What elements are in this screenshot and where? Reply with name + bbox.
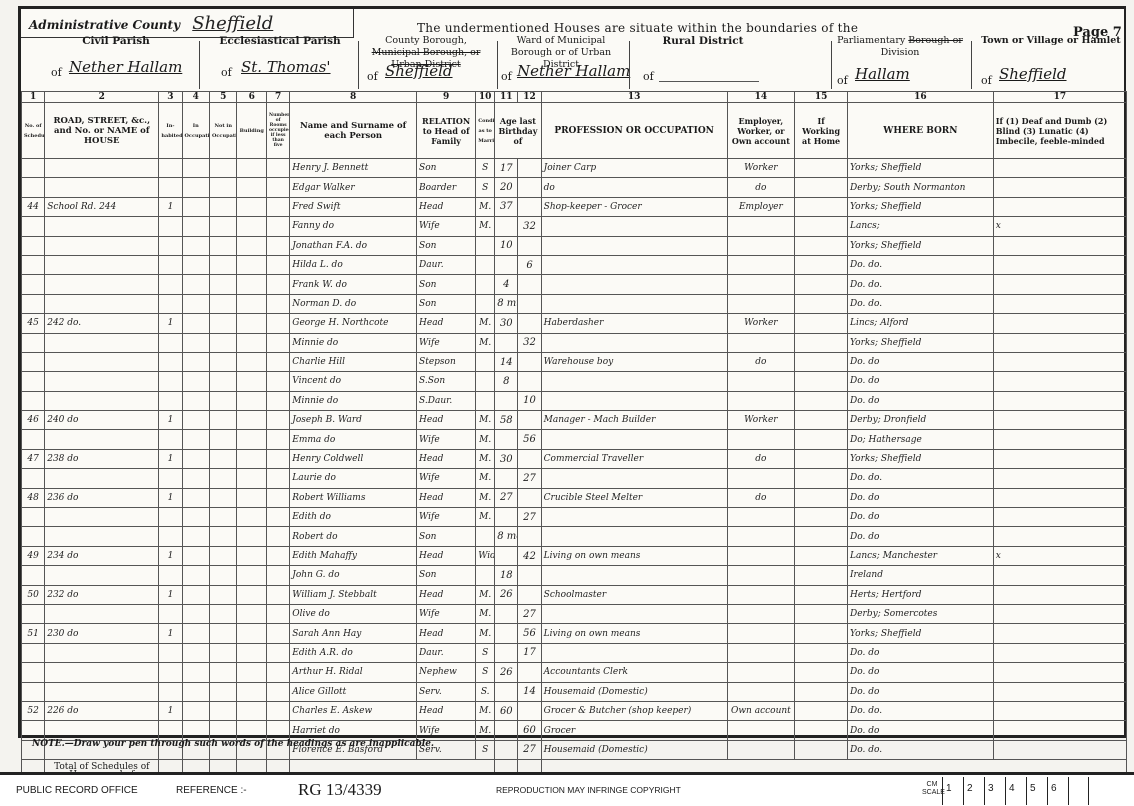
working-home-cell xyxy=(795,663,848,682)
ward-value: Nether Hallam xyxy=(517,65,630,77)
rooms-cell xyxy=(267,217,290,236)
employer-cell xyxy=(727,604,795,623)
male-age-cell: 27 xyxy=(495,488,518,507)
table-row: Emma doWifeM.56Do; Hathersage xyxy=(22,430,1127,449)
male-age-cell: 37 xyxy=(495,197,518,216)
inhabited-cell xyxy=(159,294,182,313)
male-age-cell xyxy=(495,740,518,759)
name-cell: John G. do xyxy=(290,566,417,585)
ecclesiastical-parish-value: St. Thomas' xyxy=(241,61,331,73)
infirmity-cell xyxy=(993,624,1126,643)
in-occupation-cell xyxy=(182,294,209,313)
civil-parish-value: Nether Hallam xyxy=(69,61,182,73)
column-number: 14 xyxy=(727,92,795,103)
working-home-cell xyxy=(795,488,848,507)
condition-cell xyxy=(476,294,495,313)
table-row: Robert doSon8 moDo. do xyxy=(22,527,1127,546)
table-row: 49234 do1Edith MahaffyHeadWid.42Living o… xyxy=(22,546,1127,565)
female-age-cell: 27 xyxy=(518,508,541,527)
employer-cell: Own account xyxy=(727,701,795,720)
name-cell: Laurie do xyxy=(290,469,417,488)
infirmity-cell xyxy=(993,449,1126,468)
rooms-cell xyxy=(267,236,290,255)
infirmity-cell xyxy=(993,682,1126,701)
town-label: Town or Village or Hamlet xyxy=(977,35,1125,47)
male-age-cell: 8 mths xyxy=(495,294,518,313)
employer-cell xyxy=(727,527,795,546)
header-age: Age last Birthday of xyxy=(495,103,541,159)
condition-cell xyxy=(476,391,495,410)
occupation-cell: Crucible Steel Melter xyxy=(541,488,727,507)
female-age-cell xyxy=(518,663,541,682)
infirmity-cell xyxy=(993,275,1126,294)
inhabited-cell: 1 xyxy=(159,449,182,468)
condition-cell: S xyxy=(476,159,495,178)
footer-copyright: REPRODUCTION MAY INFRINGE COPYRIGHT xyxy=(496,785,681,795)
name-cell: Sarah Ann Hay xyxy=(290,624,417,643)
infirmity-cell xyxy=(993,294,1126,313)
male-age-cell xyxy=(495,682,518,701)
schedule-cell: 46 xyxy=(22,411,45,430)
employer-cell xyxy=(727,624,795,643)
employer-cell xyxy=(727,508,795,527)
road-cell: 234 do xyxy=(45,546,159,565)
header-building: Building xyxy=(237,103,267,159)
road-cell: 238 do xyxy=(45,449,159,468)
relation-cell: Son xyxy=(417,527,476,546)
born-cell: Yorks; Sheffield xyxy=(848,624,994,643)
relation-cell: Wife xyxy=(417,604,476,623)
building-cell xyxy=(237,546,267,565)
born-cell: Do. do. xyxy=(848,469,994,488)
male-age-cell xyxy=(495,469,518,488)
scale-tick: 5 xyxy=(1026,777,1047,805)
occupation-cell xyxy=(541,527,727,546)
road-cell xyxy=(45,255,159,274)
in-occupation-cell xyxy=(182,236,209,255)
not-in-occupation-cell xyxy=(210,411,237,430)
divider xyxy=(971,41,972,89)
condition-cell: M. xyxy=(476,721,495,740)
rooms-cell xyxy=(267,314,290,333)
column-number: 16 xyxy=(848,92,994,103)
condition-cell: M. xyxy=(476,585,495,604)
name-cell: Arthur H. Ridal xyxy=(290,663,417,682)
female-age-cell: 32 xyxy=(518,333,541,352)
table-row: Norman D. doSon8 mthsDo. do. xyxy=(22,294,1127,313)
female-age-cell: 17 xyxy=(518,643,541,662)
building-cell xyxy=(237,449,267,468)
not-in-occupation-cell xyxy=(210,701,237,720)
building-cell xyxy=(237,721,267,740)
schedule-cell xyxy=(22,352,45,371)
name-cell: Vincent do xyxy=(290,372,417,391)
rooms-cell xyxy=(267,604,290,623)
building-cell xyxy=(237,624,267,643)
male-age-cell: 60 xyxy=(495,701,518,720)
table-row: Edgar WalkerBoarderS20dodoDerby; South N… xyxy=(22,178,1127,197)
header-name: Name and Surname of each Person xyxy=(290,103,417,159)
inhabited-cell xyxy=(159,643,182,662)
rooms-cell xyxy=(267,546,290,565)
in-occupation-cell xyxy=(182,604,209,623)
rooms-cell xyxy=(267,566,290,585)
parliamentary-label: Parliamentary xyxy=(837,35,905,46)
condition-cell: M. xyxy=(476,469,495,488)
born-cell: Lincs; Alford xyxy=(848,314,994,333)
scale-tick: 2 xyxy=(963,777,984,805)
rooms-cell xyxy=(267,469,290,488)
column-number: 4 xyxy=(182,92,209,103)
not-in-occupation-cell xyxy=(210,197,237,216)
born-cell: Do. do xyxy=(848,643,994,662)
table-row: 45242 do.1George H. NorthcoteHeadM.30Hab… xyxy=(22,314,1127,333)
table-row: Frank W. doSon4Do. do. xyxy=(22,275,1127,294)
male-age-cell: 20 xyxy=(495,178,518,197)
female-age-cell: 56 xyxy=(518,624,541,643)
not-in-occupation-cell xyxy=(210,663,237,682)
table-row: Charlie HillStepson14Warehouse boydoDo. … xyxy=(22,352,1127,371)
building-cell xyxy=(237,585,267,604)
in-occupation-cell xyxy=(182,197,209,216)
table-row: Harriet doWifeM.60GrocerDo. do xyxy=(22,721,1127,740)
not-in-occupation-cell xyxy=(210,566,237,585)
working-home-cell xyxy=(795,236,848,255)
infirmity-cell xyxy=(993,333,1126,352)
road-cell xyxy=(45,217,159,236)
occupation-cell xyxy=(541,294,727,313)
born-cell: Do. do xyxy=(848,372,994,391)
table-row: 48236 do1Robert WilliamsHeadM.27Crucible… xyxy=(22,488,1127,507)
occupation-cell xyxy=(541,508,727,527)
occupation-cell: Haberdasher xyxy=(541,314,727,333)
male-age-cell xyxy=(495,430,518,449)
employer-cell xyxy=(727,663,795,682)
not-in-occupation-cell xyxy=(210,585,237,604)
table-row: Edith A.R. doDaur.S17Do. do xyxy=(22,643,1127,662)
female-age-cell xyxy=(518,178,541,197)
working-home-cell xyxy=(795,275,848,294)
infirmity-cell xyxy=(993,585,1126,604)
of-label: of xyxy=(367,71,378,83)
road-cell: 230 do xyxy=(45,624,159,643)
not-in-occupation-cell xyxy=(210,604,237,623)
occupation-cell xyxy=(541,372,727,391)
name-cell: George H. Northcote xyxy=(290,314,417,333)
in-occupation-cell xyxy=(182,469,209,488)
occupation-cell: Grocer & Butcher (shop keeper) xyxy=(541,701,727,720)
building-cell xyxy=(237,604,267,623)
occupation-cell: Manager - Mach Builder xyxy=(541,411,727,430)
relation-cell: Head xyxy=(417,197,476,216)
female-age-cell xyxy=(518,585,541,604)
rooms-cell xyxy=(267,663,290,682)
employer-cell: do xyxy=(727,178,795,197)
infirmity-cell: x xyxy=(993,217,1126,236)
employer-cell: Worker xyxy=(727,411,795,430)
name-cell: Edith Mahaffy xyxy=(290,546,417,565)
working-home-cell xyxy=(795,178,848,197)
in-occupation-cell xyxy=(182,508,209,527)
occupation-cell xyxy=(541,391,727,410)
condition-cell: M. xyxy=(476,197,495,216)
infirmity-cell xyxy=(993,314,1126,333)
condition-cell: M. xyxy=(476,314,495,333)
building-cell xyxy=(237,197,267,216)
relation-cell: Head xyxy=(417,585,476,604)
infirmity-cell xyxy=(993,740,1126,759)
name-cell: Joseph B. Ward xyxy=(290,411,417,430)
born-cell: Yorks; Sheffield xyxy=(848,236,994,255)
inhabited-cell xyxy=(159,663,182,682)
rooms-cell xyxy=(267,701,290,720)
building-cell xyxy=(237,488,267,507)
in-occupation-cell xyxy=(182,701,209,720)
inhabited-cell: 1 xyxy=(159,546,182,565)
ward: Ward of Municipal Borough or of Urban Di… xyxy=(501,35,621,71)
occupation-cell: Shop-keeper - Grocer xyxy=(541,197,727,216)
condition-cell: S. xyxy=(476,682,495,701)
condition-cell: S xyxy=(476,643,495,662)
schedule-cell xyxy=(22,391,45,410)
schedule-cell xyxy=(22,604,45,623)
road-cell: 236 do xyxy=(45,488,159,507)
road-cell xyxy=(45,682,159,701)
relation-cell: S.Son xyxy=(417,372,476,391)
infirmity-cell xyxy=(993,255,1126,274)
employer-cell xyxy=(727,430,795,449)
column-number: 3 xyxy=(159,92,182,103)
rooms-cell xyxy=(267,372,290,391)
condition-cell: Wid. xyxy=(476,546,495,565)
born-cell: Do. do xyxy=(848,488,994,507)
working-home-cell xyxy=(795,624,848,643)
working-home-cell xyxy=(795,372,848,391)
divider xyxy=(497,41,498,89)
header-road: ROAD, STREET, &c., and No. or NAME of HO… xyxy=(45,103,159,159)
infirmity-cell: x xyxy=(993,546,1126,565)
header-where-born: WHERE BORN xyxy=(848,103,994,159)
infirmity-cell xyxy=(993,508,1126,527)
rooms-cell xyxy=(267,255,290,274)
ecclesiastical-parish: Ecclesiastical Parish of St. Thomas' xyxy=(207,35,353,47)
table-row: Jonathan F.A. doSon10Yorks; Sheffield xyxy=(22,236,1127,255)
building-cell xyxy=(237,255,267,274)
schedule-cell xyxy=(22,159,45,178)
occupation-cell: Housemaid (Domestic) xyxy=(541,682,727,701)
table-row: Henry J. BennettSonS17Joiner CarpWorkerY… xyxy=(22,159,1127,178)
condition-cell: M. xyxy=(476,430,495,449)
divider xyxy=(358,41,359,89)
table-row: 50232 do1William J. StebbaltHeadM.26Scho… xyxy=(22,585,1127,604)
not-in-occupation-cell xyxy=(210,217,237,236)
occupation-cell xyxy=(541,236,727,255)
rooms-cell xyxy=(267,449,290,468)
scale-tick: 1 xyxy=(942,777,963,805)
female-age-cell: 56 xyxy=(518,430,541,449)
born-cell: Yorks; Sheffield xyxy=(848,159,994,178)
inhabited-cell: 1 xyxy=(159,411,182,430)
table-row: Minnie doWifeM.32Yorks; Sheffield xyxy=(22,333,1127,352)
infirmity-cell xyxy=(993,197,1126,216)
male-age-cell xyxy=(495,255,518,274)
working-home-cell xyxy=(795,255,848,274)
female-age-cell: 27 xyxy=(518,469,541,488)
of-label: of xyxy=(837,75,848,87)
female-age-cell: 14 xyxy=(518,682,541,701)
male-age-cell: 4 xyxy=(495,275,518,294)
condition-cell xyxy=(476,372,495,391)
male-age-cell: 18 xyxy=(495,566,518,585)
schedule-cell xyxy=(22,275,45,294)
building-cell xyxy=(237,178,267,197)
working-home-cell xyxy=(795,566,848,585)
column-number: 13 xyxy=(541,92,727,103)
not-in-occupation-cell xyxy=(210,624,237,643)
note: NOTE.—Draw your pen through such words o… xyxy=(32,739,434,749)
rooms-cell xyxy=(267,430,290,449)
of-label: of xyxy=(501,71,512,83)
employer-cell xyxy=(727,721,795,740)
not-in-occupation-cell xyxy=(210,721,237,740)
inhabited-cell xyxy=(159,275,182,294)
male-age-cell: 14 xyxy=(495,352,518,371)
not-in-occupation-cell xyxy=(210,178,237,197)
in-occupation-cell xyxy=(182,527,209,546)
inhabited-cell: 1 xyxy=(159,624,182,643)
building-cell xyxy=(237,701,267,720)
condition-cell: S xyxy=(476,663,495,682)
road-cell xyxy=(45,294,159,313)
road-cell xyxy=(45,159,159,178)
inhabited-cell xyxy=(159,721,182,740)
parliamentary-division-value: Hallam xyxy=(855,68,910,80)
table-row: Hilda L. doDaur.6Do. do. xyxy=(22,255,1127,274)
female-age-cell xyxy=(518,159,541,178)
employer-cell xyxy=(727,255,795,274)
divider xyxy=(831,41,832,89)
not-in-occupation-cell xyxy=(210,508,237,527)
in-occupation-cell xyxy=(182,721,209,740)
name-cell: Hilda L. do xyxy=(290,255,417,274)
infirmity-cell xyxy=(993,488,1126,507)
road-cell: 232 do xyxy=(45,585,159,604)
male-age-cell xyxy=(495,643,518,662)
header-schedule: No. of Schedule xyxy=(22,103,45,159)
name-cell: Fanny do xyxy=(290,217,417,236)
female-age-cell xyxy=(518,197,541,216)
working-home-cell xyxy=(795,314,848,333)
born-cell: Derby; Dronfield xyxy=(848,411,994,430)
relation-cell: Son xyxy=(417,159,476,178)
female-age-cell xyxy=(518,275,541,294)
table-row: Vincent doS.Son8Do. do xyxy=(22,372,1127,391)
parliamentary-struck-label: Borough or xyxy=(908,35,963,46)
occupation-cell xyxy=(541,469,727,488)
in-occupation-cell xyxy=(182,333,209,352)
schedule-cell: 48 xyxy=(22,488,45,507)
working-home-cell xyxy=(795,449,848,468)
female-age-cell: 60 xyxy=(518,721,541,740)
relation-cell: Son xyxy=(417,236,476,255)
infirmity-cell xyxy=(993,430,1126,449)
employer-cell xyxy=(727,740,795,759)
building-cell xyxy=(237,643,267,662)
table-row: 47238 do1Henry ColdwellHeadM.30Commercia… xyxy=(22,449,1127,468)
condition-cell: M. xyxy=(476,604,495,623)
born-cell: Do. do xyxy=(848,682,994,701)
inhabited-cell xyxy=(159,469,182,488)
name-cell: Charlie Hill xyxy=(290,352,417,371)
working-home-cell xyxy=(795,682,848,701)
employer-cell xyxy=(727,391,795,410)
header-employer: Employer, Worker, or Own account xyxy=(727,103,795,159)
census-table: 1 2 3 4 5 6 7 8 9 10 11 12 13 14 15 16 1… xyxy=(21,91,1127,798)
born-cell: Lancs; Manchester xyxy=(848,546,994,565)
inhabited-cell xyxy=(159,159,182,178)
relation-cell: Son xyxy=(417,275,476,294)
in-occupation-cell xyxy=(182,449,209,468)
born-cell: Do. do. xyxy=(848,255,994,274)
infirmity-cell xyxy=(993,352,1126,371)
relation-cell: Son xyxy=(417,294,476,313)
schedule-cell: 49 xyxy=(22,546,45,565)
building-cell xyxy=(237,294,267,313)
not-in-occupation-cell xyxy=(210,333,237,352)
intro-text: The undermentioned Houses are situate wi… xyxy=(417,21,858,35)
infirmity-cell xyxy=(993,701,1126,720)
schedule-cell xyxy=(22,236,45,255)
occupation-cell xyxy=(541,566,727,585)
born-cell: Do. do. xyxy=(848,701,994,720)
scale-tick xyxy=(1068,777,1089,805)
column-number: 6 xyxy=(237,92,267,103)
infirmity-cell xyxy=(993,721,1126,740)
relation-cell: Son xyxy=(417,566,476,585)
relation-cell: Wife xyxy=(417,469,476,488)
administrative-county-box: Administrative County Sheffield xyxy=(21,9,354,38)
male-age-cell: 8 mo xyxy=(495,527,518,546)
condition-cell: S xyxy=(476,178,495,197)
relation-cell: Wife xyxy=(417,333,476,352)
employer-cell xyxy=(727,217,795,236)
relation-cell: Boarder xyxy=(417,178,476,197)
in-occupation-cell xyxy=(182,488,209,507)
female-age-cell: 42 xyxy=(518,546,541,565)
header-condition: Condition as to Marriage xyxy=(476,103,495,159)
road-cell xyxy=(45,721,159,740)
relation-cell: Stepson xyxy=(417,352,476,371)
in-occupation-cell xyxy=(182,566,209,585)
relation-cell: Head xyxy=(417,701,476,720)
name-cell: Edgar Walker xyxy=(290,178,417,197)
rooms-cell xyxy=(267,391,290,410)
rooms-cell xyxy=(267,643,290,662)
road-cell xyxy=(45,275,159,294)
born-cell: Yorks; Sheffield xyxy=(848,197,994,216)
employer-cell: Worker xyxy=(727,159,795,178)
in-occupation-cell xyxy=(182,372,209,391)
born-cell: Do. do. xyxy=(848,294,994,313)
name-cell: Edith do xyxy=(290,508,417,527)
employer-cell xyxy=(727,682,795,701)
building-cell xyxy=(237,352,267,371)
schedule-cell xyxy=(22,721,45,740)
infirmity-cell xyxy=(993,643,1126,662)
schedule-cell: 50 xyxy=(22,585,45,604)
inhabited-cell xyxy=(159,178,182,197)
not-in-occupation-cell xyxy=(210,236,237,255)
